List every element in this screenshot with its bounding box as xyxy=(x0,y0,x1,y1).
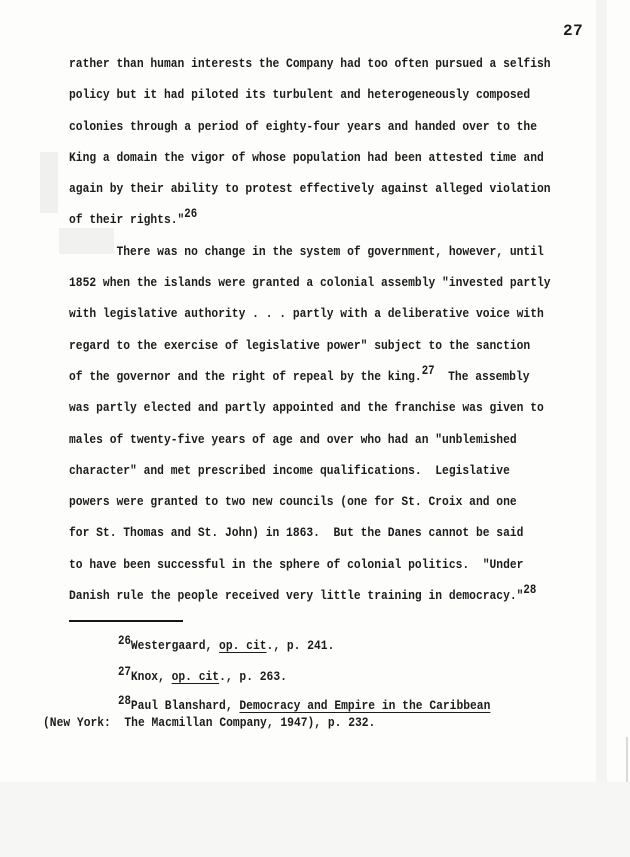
scanned-page: 27 rather than human interests the Compa… xyxy=(0,0,630,857)
text-line: of their rights."26 xyxy=(69,204,511,235)
text-line: for St. Thomas and St. John) in 1863. Bu… xyxy=(69,517,511,548)
text-line: rather than human interests the Company … xyxy=(69,48,511,79)
text-line: character" and met prescribed income qua… xyxy=(69,455,511,486)
scan-edge-right-strip xyxy=(596,0,607,782)
page-number: 27 xyxy=(563,22,583,40)
body-text: rather than human interests the Company … xyxy=(69,48,589,611)
text-line: to have been successful in the sphere of… xyxy=(69,549,511,580)
footnote-27: 27Knox, op. cit., p. 263. xyxy=(118,669,287,684)
text-line: policy but it had piloted its turbulent … xyxy=(69,79,511,110)
scan-artifact-left-top xyxy=(40,152,58,213)
text-line: Danish rule the people received very lit… xyxy=(69,580,511,611)
text-line: with legislative authority . . . partly … xyxy=(69,298,511,329)
footnote-separator xyxy=(69,620,183,622)
text-line: King a domain the vigor of whose populat… xyxy=(69,142,511,173)
scan-edge-right-line xyxy=(626,737,628,782)
text-line: powers were granted to two new councils … xyxy=(69,486,511,517)
text-line: males of twenty-five years of age and ov… xyxy=(69,424,511,455)
text-line: was partly elected and partly appointed … xyxy=(69,392,511,423)
text-line: again by their ability to protest effect… xyxy=(69,173,511,204)
text-line: of the governor and the right of repeal … xyxy=(69,361,511,392)
text-line: regard to the exercise of legislative po… xyxy=(69,330,511,361)
footnote-26: 26Westergaard, op. cit., p. 241. xyxy=(118,638,334,653)
footnote-28-continuation: (New York: The Macmillan Company, 1947),… xyxy=(43,715,375,730)
footnote-28: 28Paul Blanshard, Democracy and Empire i… xyxy=(118,698,490,713)
text-line: colonies through a period of eighty-four… xyxy=(69,111,511,142)
scan-edge-bottom-strip xyxy=(0,782,630,857)
text-line: There was no change in the system of gov… xyxy=(69,236,511,267)
text-line: 1852 when the islands were granted a col… xyxy=(69,267,511,298)
